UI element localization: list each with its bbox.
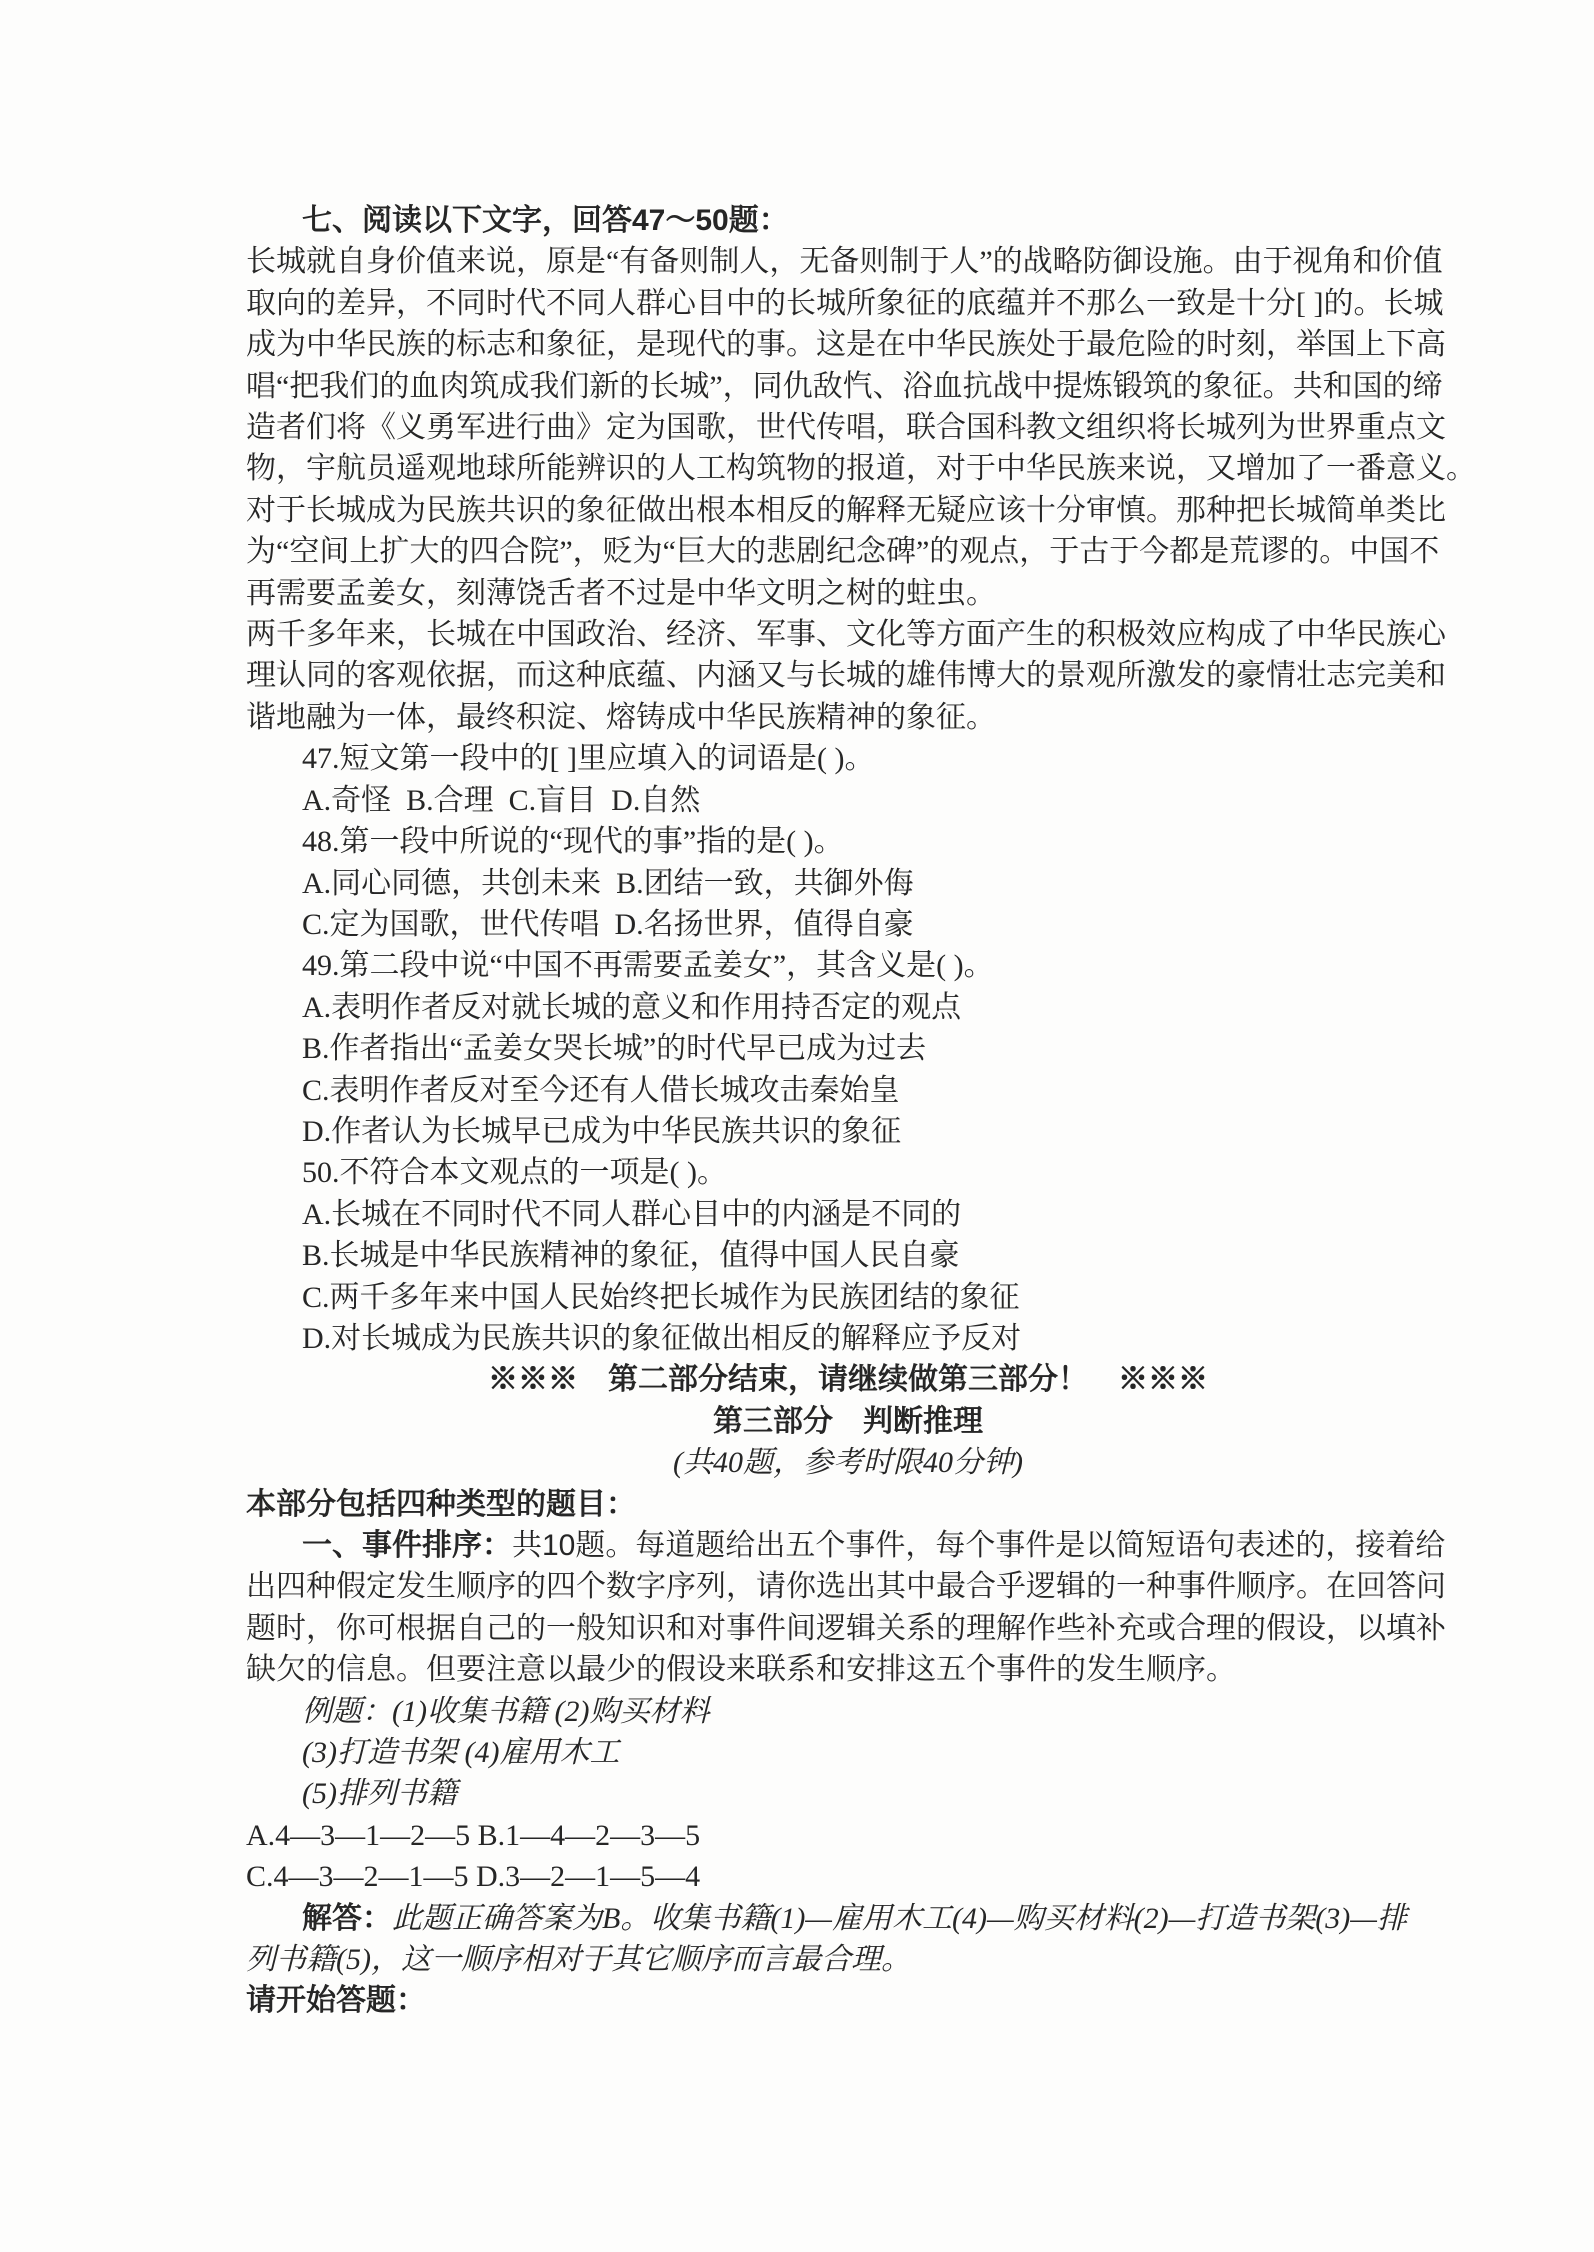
exam-scan-page: 七、阅读以下文字，回答47～50题： 长城就自身价值来说，原是“有备则制人，无备… xyxy=(0,0,1594,2252)
question-47: 47.短文第一段中的[ ]里应填入的词语是( )。 A.奇怪 B.合理 C.盲目… xyxy=(246,738,1450,821)
passage-line: 取向的差异，不同时代不同人群心目中的长城所象征的底蕴并不那么一致是十分[ ]的。… xyxy=(246,283,1450,324)
question-50-stem: 50.不符合本文观点的一项是( )。 xyxy=(246,1152,1450,1193)
question-48-options-cd: C.定为国歌，世代传唱 D.名扬世界，值得自豪 xyxy=(246,904,1450,945)
example-choices-cd: C.4—3—2—1—5 D.3—2—1—5—4 xyxy=(246,1856,1450,1897)
question-50-option-c: C.两千多年来中国人民始终把长城作为民族团结的象征 xyxy=(246,1277,1450,1318)
example-choices-ab: A.4—3—1—2—5 B.1—4—2—3—5 xyxy=(246,1815,1450,1856)
question-50: 50.不符合本文观点的一项是( )。 A.长城在不同时代不同人群心目中的内涵是不… xyxy=(246,1152,1450,1359)
type-one-description: 一、事件排序：共10题。每道题给出五个事件，每个事件是以简短语句表述的，接着给 … xyxy=(246,1525,1450,1691)
passage-line: 长城就自身价值来说，原是“有备则制人，无备则制于人”的战略防御设施。由于视角和价… xyxy=(246,241,1450,282)
example-events-line-2: (3)打造书架 (4)雇用木工 xyxy=(246,1732,1450,1773)
part-three-subtitle: (共40题，参考时限40分钟) xyxy=(246,1442,1450,1483)
type-one-text-line: 题时，你可根据自己的一般知识和对事件间逻辑关系的理解作些补充或合理的假设，以填补 xyxy=(246,1608,1450,1649)
question-49-stem: 49.第二段中说“中国不再需要孟姜女”，其含义是( )。 xyxy=(246,945,1450,986)
question-49-option-d: D.作者认为长城早已成为中华民族共识的象征 xyxy=(246,1111,1450,1152)
passage-line: 理认同的客观依据，而这种底蕴、内涵又与长城的雄伟博大的景观所激发的豪情壮志完美和 xyxy=(246,655,1450,696)
question-47-options: A.奇怪 B.合理 C.盲目 D.自然 xyxy=(246,780,1450,821)
type-one-label: 一、事件排序： xyxy=(302,1529,512,1562)
passage-paragraph-1: 长城就自身价值来说，原是“有备则制人，无备则制于人”的战略防御设施。由于视角和价… xyxy=(246,241,1450,614)
page-content: 七、阅读以下文字，回答47～50题： 长城就自身价值来说，原是“有备则制人，无备… xyxy=(246,200,1450,2022)
type-one-text-line: 缺欠的信息。但要注意以最少的假设来联系和安排这五个事件的发生顺序。 xyxy=(246,1649,1450,1690)
example-answer-first-line: 解答：此题正确答案为B。收集书籍(1)—雇用木工(4)—购买材料(2)—打造书架… xyxy=(246,1898,1450,1939)
part-three-intro: 本部分包括四种类型的题目： xyxy=(246,1484,1450,1525)
question-48-stem: 48.第一段中所说的“现代的事”指的是( )。 xyxy=(246,821,1450,862)
question-50-option-d: D.对长城成为民族共识的象征做出相反的解释应予反对 xyxy=(246,1318,1450,1359)
question-47-stem: 47.短文第一段中的[ ]里应填入的词语是( )。 xyxy=(246,738,1450,779)
answer-text: 此题正确答案为B。收集书籍(1)—雇用木工(4)—购买材料(2)—打造书架(3)… xyxy=(392,1902,1407,1935)
passage-line: 再需要孟姜女，刻薄饶舌者不过是中华文明之树的蛀虫。 xyxy=(246,573,1450,614)
example-events-line-3: (5)排列书籍 xyxy=(246,1773,1450,1814)
passage-line: 成为中华民族的标志和象征，是现代的事。这是在中华民族处于最危险的时刻，举国上下高 xyxy=(246,324,1450,365)
passage-line: 造者们将《义勇军进行曲》定为国歌，世代传唱，联合国科教文组织将长城列为世界重点文 xyxy=(246,407,1450,448)
start-answering-prompt: 请开始答题： xyxy=(246,1980,1450,2021)
question-49-option-c: C.表明作者反对至今还有人借长城攻击秦始皇 xyxy=(246,1070,1450,1111)
question-50-option-b: B.长城是中华民族精神的象征，值得中国人民自豪 xyxy=(246,1235,1450,1276)
passage-paragraph-2: 两千多年来，长城在中国政治、经济、军事、文化等方面产生的积极效应构成了中华民族心… xyxy=(246,614,1450,738)
question-50-option-a: A.长城在不同时代不同人群心目中的内涵是不同的 xyxy=(246,1194,1450,1235)
part-two-end-notice: ※※※ 第二部分结束，请继续做第三部分！ ※※※ xyxy=(246,1359,1450,1400)
question-49: 49.第二段中说“中国不再需要孟姜女”，其含义是( )。 A.表明作者反对就长城… xyxy=(246,945,1450,1152)
passage-line: 为“空间上扩大的四合院”，贬为“巨大的悲剧纪念碑”的观点，于古于今都是荒谬的。中… xyxy=(246,531,1450,572)
passage-line: 两千多年来，长城在中国政治、经济、军事、文化等方面产生的积极效应构成了中华民族心 xyxy=(246,614,1450,655)
type-one-text: 共10题。每道题给出五个事件，每个事件是以简短语句表述的，接着给 xyxy=(512,1529,1445,1562)
passage-line: 谐地融为一体，最终积淀、熔铸成中华民族精神的象征。 xyxy=(246,697,1450,738)
question-49-option-b: B.作者指出“孟姜女哭长城”的时代早已成为过去 xyxy=(246,1028,1450,1069)
question-48: 48.第一段中所说的“现代的事”指的是( )。 A.同心同德，共创未来 B.团结… xyxy=(246,821,1450,945)
question-49-option-a: A.表明作者反对就长城的意义和作用持否定的观点 xyxy=(246,987,1450,1028)
answer-label: 解答： xyxy=(302,1902,392,1935)
example-block: 例题：(1)收集书籍 (2)购买材料 (3)打造书架 (4)雇用木工 (5)排列… xyxy=(246,1691,1450,1981)
section-seven-heading: 七、阅读以下文字，回答47～50题： xyxy=(246,200,1450,241)
part-three-title: 第三部分 判断推理 xyxy=(246,1401,1450,1442)
question-48-options-ab: A.同心同德，共创未来 B.团结一致，共御外侮 xyxy=(246,863,1450,904)
type-one-text-line: 出四种假定发生顺序的四个数字序列，请你选出其中最合乎逻辑的一种事件顺序。在回答问 xyxy=(246,1566,1450,1607)
example-events-line-1: 例题：(1)收集书籍 (2)购买材料 xyxy=(246,1691,1450,1732)
example-answer-second-line: 列书籍(5)，这一顺序相对于其它顺序而言最合理。 xyxy=(246,1939,1450,1980)
passage-line: 物，宇航员遥观地球所能辨识的人工构筑物的报道，对于中华民族来说，又增加了一番意义… xyxy=(246,448,1450,489)
passage-line: 唱“把我们的血肉筑成我们新的长城”，同仇敌忾、浴血抗战中提炼锻筑的象征。共和国的… xyxy=(246,366,1450,407)
passage-line: 对于长城成为民族共识的象征做出根本相反的解释无疑应该十分审慎。那种把长城简单类比 xyxy=(246,490,1450,531)
type-one-first-line: 一、事件排序：共10题。每道题给出五个事件，每个事件是以简短语句表述的，接着给 xyxy=(246,1525,1450,1566)
